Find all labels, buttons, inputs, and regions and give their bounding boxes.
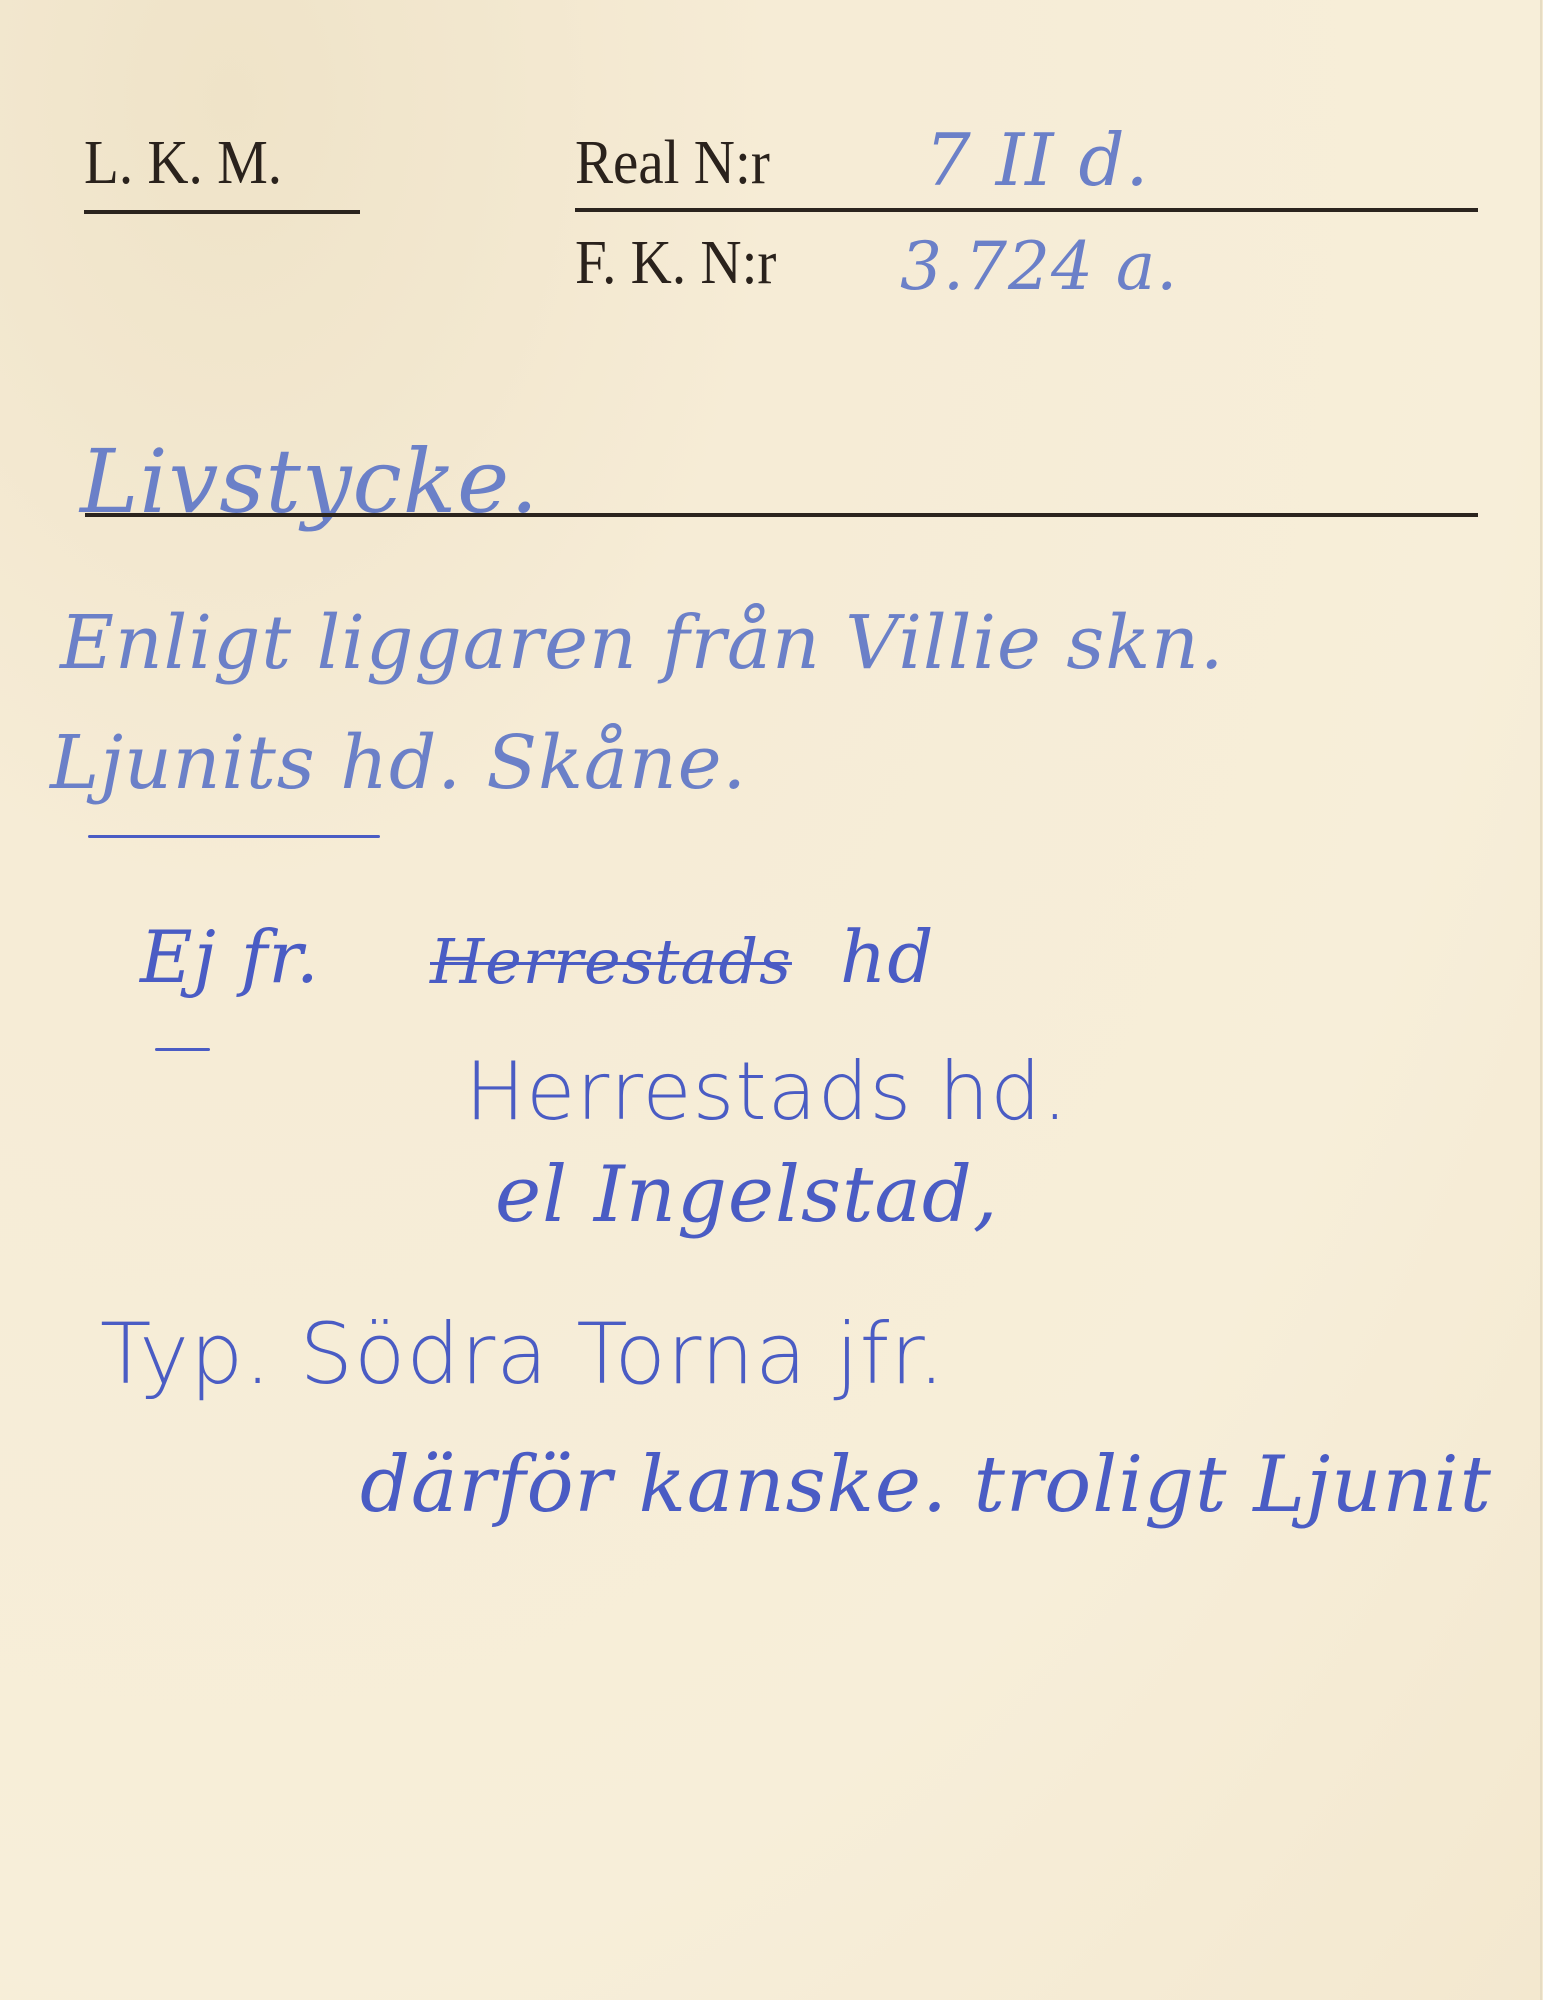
real-nr-value: 7 II d. (925, 118, 1149, 202)
correction-prefix: Ej fr. (140, 915, 320, 999)
note-line-2: Ljunits hd. Skåne. (50, 720, 747, 806)
archive-card: L. K. M. Real N:r 7 II d. F. K. N:r 3.72… (0, 0, 1542, 2000)
note-line-2-underline (88, 835, 380, 838)
correction-prefix-underline (155, 1048, 210, 1051)
real-nr-label: Real N:r (575, 128, 770, 199)
note-line-1: Enligt liggaren från Villie skn. (60, 600, 1224, 686)
correction-struck-text: Herrestads (430, 925, 792, 998)
real-nr-rule (575, 208, 1478, 212)
type-line-2: därför kanske. troligt Ljunit (360, 1440, 1492, 1530)
correction-line-2: Herrestads hd. (465, 1045, 1069, 1138)
title-rule (85, 513, 1478, 517)
museum-label: L. K. M. (84, 128, 282, 199)
type-line-1: Typ. Södra Torna jfr. (100, 1305, 946, 1403)
museum-label-underline (84, 210, 360, 214)
fk-nr-value: 3.724 a. (900, 228, 1178, 305)
correction-suffix: hd (840, 915, 934, 999)
correction-line-3: el Ingelstad, (495, 1150, 999, 1240)
fk-nr-label: F. K. N:r (575, 228, 776, 299)
object-title: Livstycke. (80, 430, 539, 533)
